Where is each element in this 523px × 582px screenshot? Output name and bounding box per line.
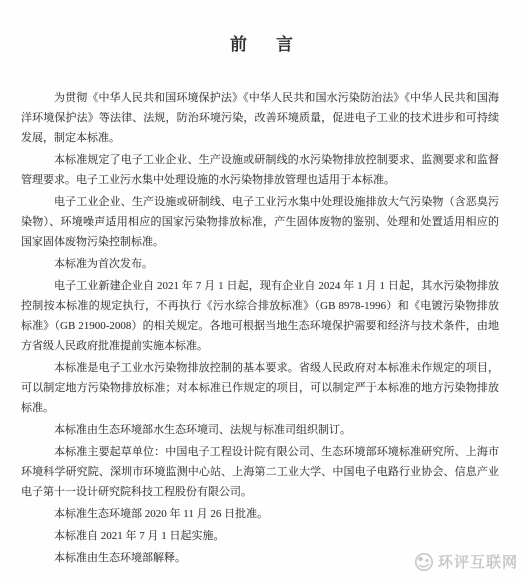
document-paragraph: 本标准生态环境部 2020 年 11 月 26 日批准。: [21, 504, 499, 524]
document-paragraph: 本标准由生态环境部水生态环境司、法规与标准司组织制订。: [21, 420, 499, 440]
document-paragraph: 本标准自 2021 年 7 月 1 日起实施。: [21, 526, 499, 546]
document-paragraph: 本标准规定了电子工业企业、生产设施或研制线的水污染物排放控制要求、监测要求和监督…: [21, 150, 499, 190]
watermark-logo-icon: [414, 552, 434, 572]
document-paragraph: 本标准为首次发布。: [21, 254, 499, 274]
document-paragraph: 为贯彻《中华人民共和国环境保护法》《中华人民共和国水污染防治法》《中华人民共和国…: [21, 88, 499, 148]
document-body: 为贯彻《中华人民共和国环境保护法》《中华人民共和国水污染防治法》《中华人民共和国…: [21, 88, 499, 568]
document-paragraph: 电子工业企业、生产设施或研制线、电子工业污水集中处理设施排放大气污染物（含恶臭污…: [21, 192, 499, 252]
document-paragraph: 本标准是电子工业水污染物排放控制的基本要求。省级人民政府对本标准未作规定的项目，…: [21, 358, 499, 418]
watermark-text: 环评互联网: [438, 551, 518, 572]
document-page: 前 言 为贯彻《中华人民共和国环境保护法》《中华人民共和国水污染防治法》《中华人…: [0, 0, 523, 582]
page-title: 前 言: [0, 0, 523, 55]
document-paragraph: 电子工业新建企业自 2021 年 7 月 1 日起，现有企业自 2024 年 1…: [21, 276, 499, 356]
document-paragraph: 本标准主要起草单位：中国电子工程设计院有限公司、生态环境部环境标准研究所、上海市…: [21, 442, 499, 502]
watermark: 环评互联网: [414, 551, 518, 572]
